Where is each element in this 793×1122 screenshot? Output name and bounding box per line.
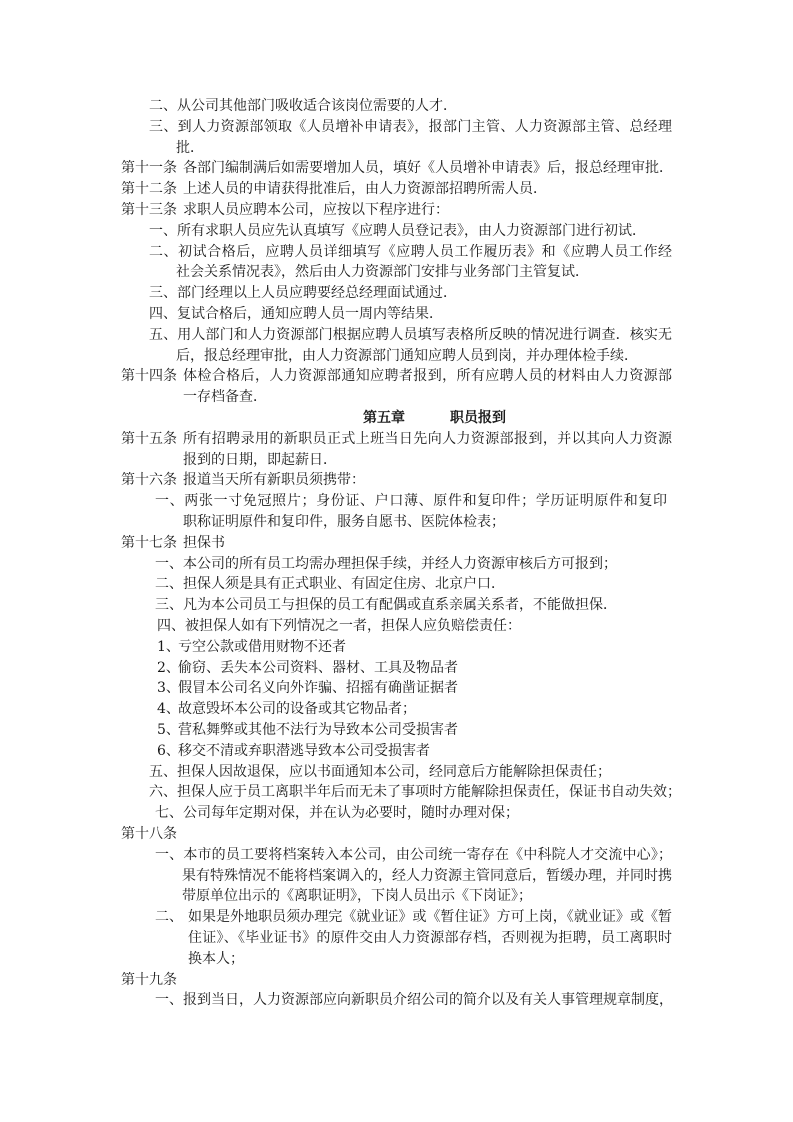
article-10-item-2: 二、从公司其他部门吸收适合该岗位需要的人才．	[149, 96, 457, 117]
article-17-item-2: 二、担保人须是具有正式职业、有固定住房、北京户口．	[155, 574, 505, 595]
chapter-number: 第五章	[363, 408, 405, 429]
article-16-label: 第十六条	[121, 470, 177, 491]
document-page: 二、从公司其他部门吸收适合该岗位需要的人才． 三、到人力资源部领取《人员增补申请…	[0, 0, 793, 1122]
article-18-item-2-cont-1: 住证》、《毕业证书》的原件交由人力资源部存档，否则视为拒聘，员工离职时交	[188, 928, 672, 949]
article-13-item-5: 五、用人部门和人力资源部门根据应聘人员填写表格所反映的情况进行调查．核实无误	[149, 325, 672, 346]
article-17-item-5: 五、担保人因故退保，应以书面通知本公司，经同意后方能解除担保责任；	[149, 762, 611, 783]
article-16-text: 报道当天所有新职员须携带：	[183, 470, 365, 491]
article-15-text-cont: 报到的日期，即起薪日．	[183, 450, 337, 471]
article-17-item-4: 四、被担保人如有下列情况之一者，担保人应负赔偿责任：	[157, 616, 521, 637]
article-13-item-2-cont: 社会关系情况表》，然后由人力资源部门安排与业务部门主管复试．	[176, 262, 589, 283]
subitem-1-marker: 1、	[157, 637, 180, 658]
article-14-label: 第十四条	[121, 366, 177, 387]
article-17-item-3: 三、凡为本公司员工与担保的员工有配偶或直系亲属关系者，不能做担保．	[155, 595, 617, 616]
article-13-item-2: 二、初试合格后，应聘人员详细填写《应聘人员工作履历表》和《应聘人员工作经历、	[149, 242, 672, 263]
article-13-item-5-cont: 后，报总经理审批，由人力资源部门通知应聘人员到岗，并办理体检手续．	[176, 346, 638, 367]
subitem-6-marker: 6、	[157, 741, 180, 762]
subitem-3-text: 假冒本公司名义向外诈骗、招摇有确凿证据者	[178, 678, 458, 699]
article-14-text-cont: 一存档备查．	[183, 387, 267, 408]
article-11-label: 第十一条	[121, 158, 177, 179]
subitem-2-marker: 2、	[157, 658, 180, 679]
article-16-item-1-cont: 职称证明原件和复印件，服务自愿书、医院体检表；	[183, 512, 505, 533]
article-17-item-7: 七、公司每年定期对保，并在认为必要时，随时办理对保；	[155, 803, 519, 824]
subitem-2-text: 偷窃、丢失本公司资料、器材、工具及物品者	[178, 658, 458, 679]
subitem-5-text: 营私舞弊或其他不法行为导致本公司受损害者	[178, 720, 458, 741]
article-18-item-1-cont-1: 果有特殊情况不能将档案调入的，经人力资源主管同意后，暂缓办理，并同时携	[182, 866, 672, 887]
article-16-item-1: 一、两张一寸免冠照片；身份证、户口薄、原件和复印件；学历证明原件和复印件；	[155, 491, 667, 512]
article-18-item-1-cont-2: 带原单位出示的《离职证明》，下岗人员出示《下岗证》；	[182, 886, 532, 907]
article-17-item-1: 一、本公司的所有员工均需办理担保手续，并经人力资源审核后方可报到；	[155, 554, 617, 575]
chapter-title: 职员报到	[450, 408, 506, 429]
article-17-text: 担保书	[183, 533, 225, 554]
article-19-item-1: 一、报到当日，人力资源部应向新职员介绍公司的简介以及有关人事管理规章制度，	[155, 990, 673, 1011]
article-10-item-3-cont: 批．	[176, 138, 204, 159]
subitem-4-marker: 4、	[157, 699, 180, 720]
subitem-1-text: 亏空公款或借用财物不还者	[178, 637, 346, 658]
article-17-label: 第十七条	[121, 533, 177, 554]
article-12-label: 第十二条	[121, 179, 177, 200]
article-18-item-2-cont-2: 换本人；	[188, 949, 244, 970]
article-15-label: 第十五条	[121, 429, 177, 450]
article-13-item-1: 一、所有求职人员应先认真填写《应聘人员登记表》，由人力资源部门进行初试．	[149, 221, 646, 242]
article-12-text: 上述人员的申请获得批准后，由人力资源部招聘所需人员．	[183, 179, 547, 200]
subitem-4-text: 故意毁坏本公司的设备或其它物品者；	[178, 699, 416, 720]
subitem-5-marker: 5、	[157, 720, 180, 741]
article-13-item-3: 三、部门经理以上人员应聘要经总经理面试通过．	[149, 283, 457, 304]
article-18-item-2-marker: 二、	[155, 907, 183, 928]
article-17-item-6: 六、担保人应于员工离职半年后而无未了事项时方能解除担保责任，保证书自动失效；	[149, 782, 681, 803]
article-13-label: 第十三条	[121, 200, 177, 221]
article-15-text: 所有招聘录用的新职员正式上班当日先向人力资源部报到，并以其向人力资源部	[183, 429, 672, 450]
article-13-item-4: 四、复试合格后，通知应聘人员一周内等结果．	[149, 304, 443, 325]
article-10-item-3: 三、到人力资源部领取《人员增补申请表》，报部门主管、人力资源部主管、总经理审	[149, 117, 672, 138]
subitem-3-marker: 3、	[157, 678, 180, 699]
article-19-label: 第十九条	[121, 970, 177, 991]
article-14-text: 体检合格后，人力资源部通知应聘者报到，所有应聘人员的材料由人力资源部统	[183, 366, 672, 387]
article-11-text: 各部门编制满后如需要增加人员，填好《人员增补申请表》后，报总经理审批．	[183, 158, 673, 179]
article-18-item-1: 一、本市的员工要将档案转入本公司，由公司统一寄存在《中科院人才交流中心》；如	[155, 845, 672, 866]
article-18-item-2: 如果是外地职员须办理完《就业证》或《暂住证》方可上岗，《就业证》或《暂	[188, 907, 672, 928]
article-18-label: 第十八条	[121, 824, 177, 845]
subitem-6-text: 移交不清或弃职潜逃导致本公司受损害者	[178, 741, 430, 762]
article-13-text: 求职人员应聘本公司，应按以下程序进行：	[183, 200, 449, 221]
